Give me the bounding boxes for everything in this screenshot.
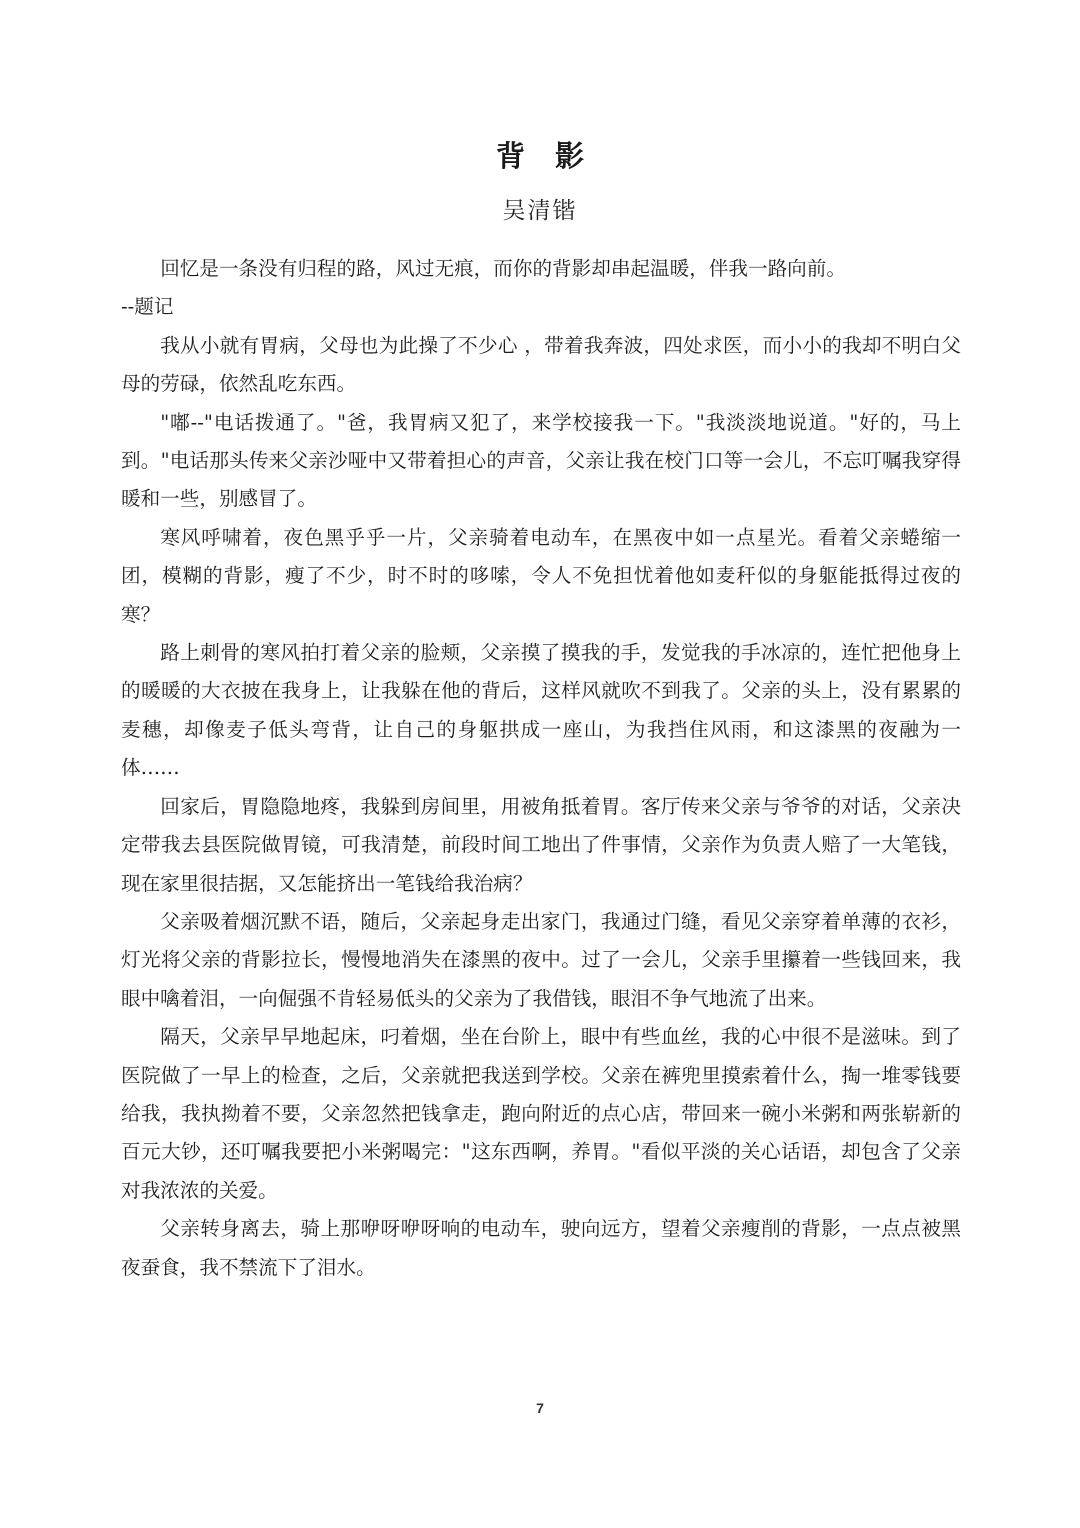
paragraph: 寒风呼啸着，夜色黑乎乎一片，父亲骑着电动车，在黑夜中如一点星光。看着父亲蜷缩一团… <box>121 519 961 634</box>
paragraph: 路上刺骨的寒风拍打着父亲的脸颊，父亲摸了摸我的手，发觉我的手冰凉的，连忙把他身上… <box>121 634 961 788</box>
paragraph: 父亲吸着烟沉默不语，随后，父亲起身走出家门，我通过门缝，看见父亲穿着单薄的衣衫，… <box>121 903 961 1018</box>
paragraph: 我从小就有胃病，父母也为此操了不少心 ，带着我奔波，四处求医，而小小的我却不明白… <box>121 327 961 404</box>
author-name: 吴清锴 <box>0 193 1080 229</box>
paragraph: 隔天，父亲早早地起床，叼着烟，坐在台阶上，眼中有些血丝，我的心中很不是滋味。到了… <box>121 1018 961 1210</box>
paragraph: "嘟--"电话拨通了。"爸，我胃病又犯了，来学校接我一下。"我淡淡地说道。"好的… <box>121 404 961 519</box>
epigraph-signature: --题记 <box>121 288 961 326</box>
page-number: 7 <box>0 1400 1080 1416</box>
page-title: 背影 <box>0 136 1080 176</box>
article-body: 回忆是一条没有归程的路，风过无痕，而你的背影却串起温暖，伴我一路向前。 --题记… <box>121 250 961 1287</box>
paragraph: 父亲转身离去，骑上那咿呀咿呀响的电动车，驶向远方，望着父亲瘦削的背影，一点点被黑… <box>121 1210 961 1287</box>
epigraph: 回忆是一条没有归程的路，风过无痕，而你的背影却串起温暖，伴我一路向前。 <box>121 250 961 288</box>
paragraph: 回家后，胃隐隐地疼，我躲到房间里，用被角抵着胃。客厅传来父亲与爷爷的对话，父亲决… <box>121 788 961 903</box>
document-page: 背影 吴清锴 回忆是一条没有归程的路，风过无痕，而你的背影却串起温暖，伴我一路向… <box>0 0 1080 1528</box>
